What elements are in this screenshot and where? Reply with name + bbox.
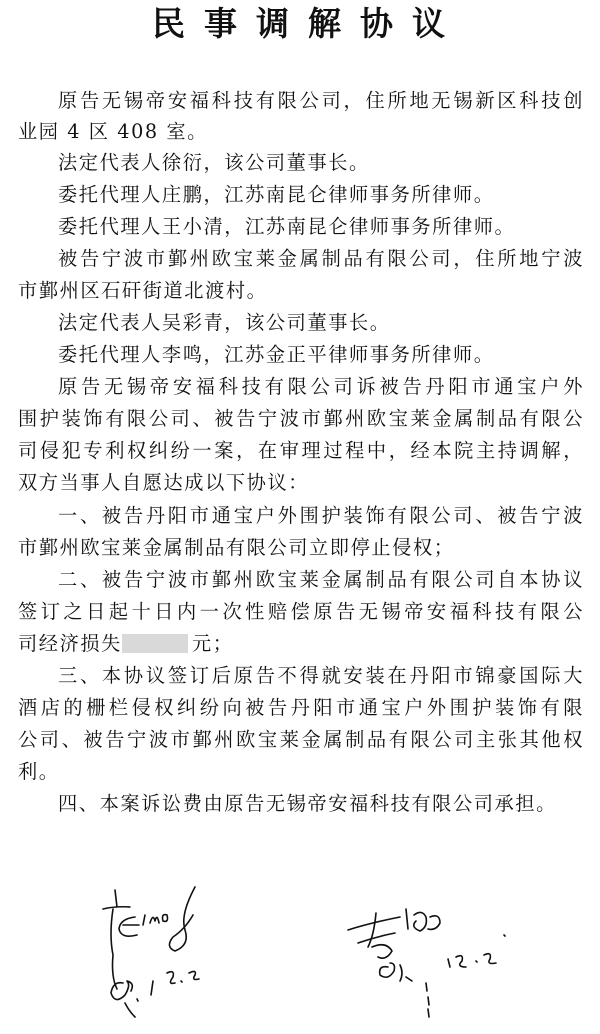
case-intro-line-4: 双方当事人自愿达成以下协议：: [18, 468, 584, 498]
defendant-agent: 委托代理人李鸣，江苏金正平律师事务所律师。: [58, 340, 584, 370]
case-intro-line-3: 司侵犯专利权纠纷一案，在审理过程中，经本院主持调解，: [18, 436, 584, 466]
clause-2-amount-suffix: 元；: [192, 632, 234, 655]
clause-1-line-2: 市鄞州欧宝莱金属制品有限公司立即停止侵权；: [18, 533, 584, 563]
clause-3-line-2: 酒店的栅栏侵权纠纷向被告丹阳市通宝户外围护装饰有限: [18, 693, 584, 723]
clause-1-line-1: 一、被告丹阳市通宝户外围护装饰有限公司、被告宁波: [58, 501, 584, 531]
plaintiff-line-2: 业园 4 区 408 室。: [18, 117, 584, 147]
plaintiff-agent-2: 委托代理人王小清，江苏南昆仑律师事务所律师。: [58, 212, 584, 242]
clause-3-line-1: 三、本协议签订后原告不得就安装在丹阳市锦豪国际大: [58, 661, 584, 691]
document-page: 民事调解协议 原告无锡帝安福科技有限公司，住所地无锡新区科技创 业园 4 区 4…: [0, 0, 600, 1034]
defendant-line-1: 被告宁波市鄞州欧宝莱金属制品有限公司，住所地宁波: [58, 244, 584, 274]
handwritten-signature-left-icon: [95, 885, 215, 1020]
case-intro-line-2: 围护装饰有限公司、被告宁波市鄞州欧宝莱金属制品有限公: [18, 404, 584, 434]
clause-4: 四、本案诉讼费由原告无锡帝安福科技有限公司承担。: [58, 789, 584, 819]
clause-3-line-3: 公司、被告宁波市鄞州欧宝莱金属制品有限公司主张其他权: [18, 725, 584, 755]
plaintiff-agent-1: 委托代理人庄鹏，江苏南昆仑律师事务所律师。: [58, 180, 584, 210]
case-intro-line-1: 原告无锡帝安福科技有限公司诉被告丹阳市通宝户外: [58, 372, 584, 402]
plaintiff-representative: 法定代表人徐衍，该公司董事长。: [58, 148, 584, 178]
signature-right: [340, 895, 510, 1025]
signature-left: [95, 885, 215, 1020]
defendant-line-2: 市鄞州区石矸街道北渡村。: [18, 276, 584, 306]
handwritten-signature-right-icon: [340, 895, 510, 1025]
document-title: 民事调解协议: [0, 4, 600, 44]
clause-2-amount-prefix: 司经济损失: [18, 632, 122, 655]
plaintiff-line-1: 原告无锡帝安福科技有限公司，住所地无锡新区科技创: [58, 86, 584, 116]
clause-2-line-2: 签订之日起十日内一次性赔偿原告无锡帝安福科技有限公: [18, 597, 584, 627]
clause-2-line-1: 二、被告宁波市鄞州欧宝莱金属制品有限公司自本协议: [58, 565, 584, 595]
defendant-representative: 法定代表人吴彩青，该公司董事长。: [58, 308, 584, 338]
clause-3-line-4: 利。: [18, 757, 584, 787]
clause-2-line-3: 司经济损失元；: [18, 629, 584, 659]
redacted-amount: [122, 634, 188, 653]
